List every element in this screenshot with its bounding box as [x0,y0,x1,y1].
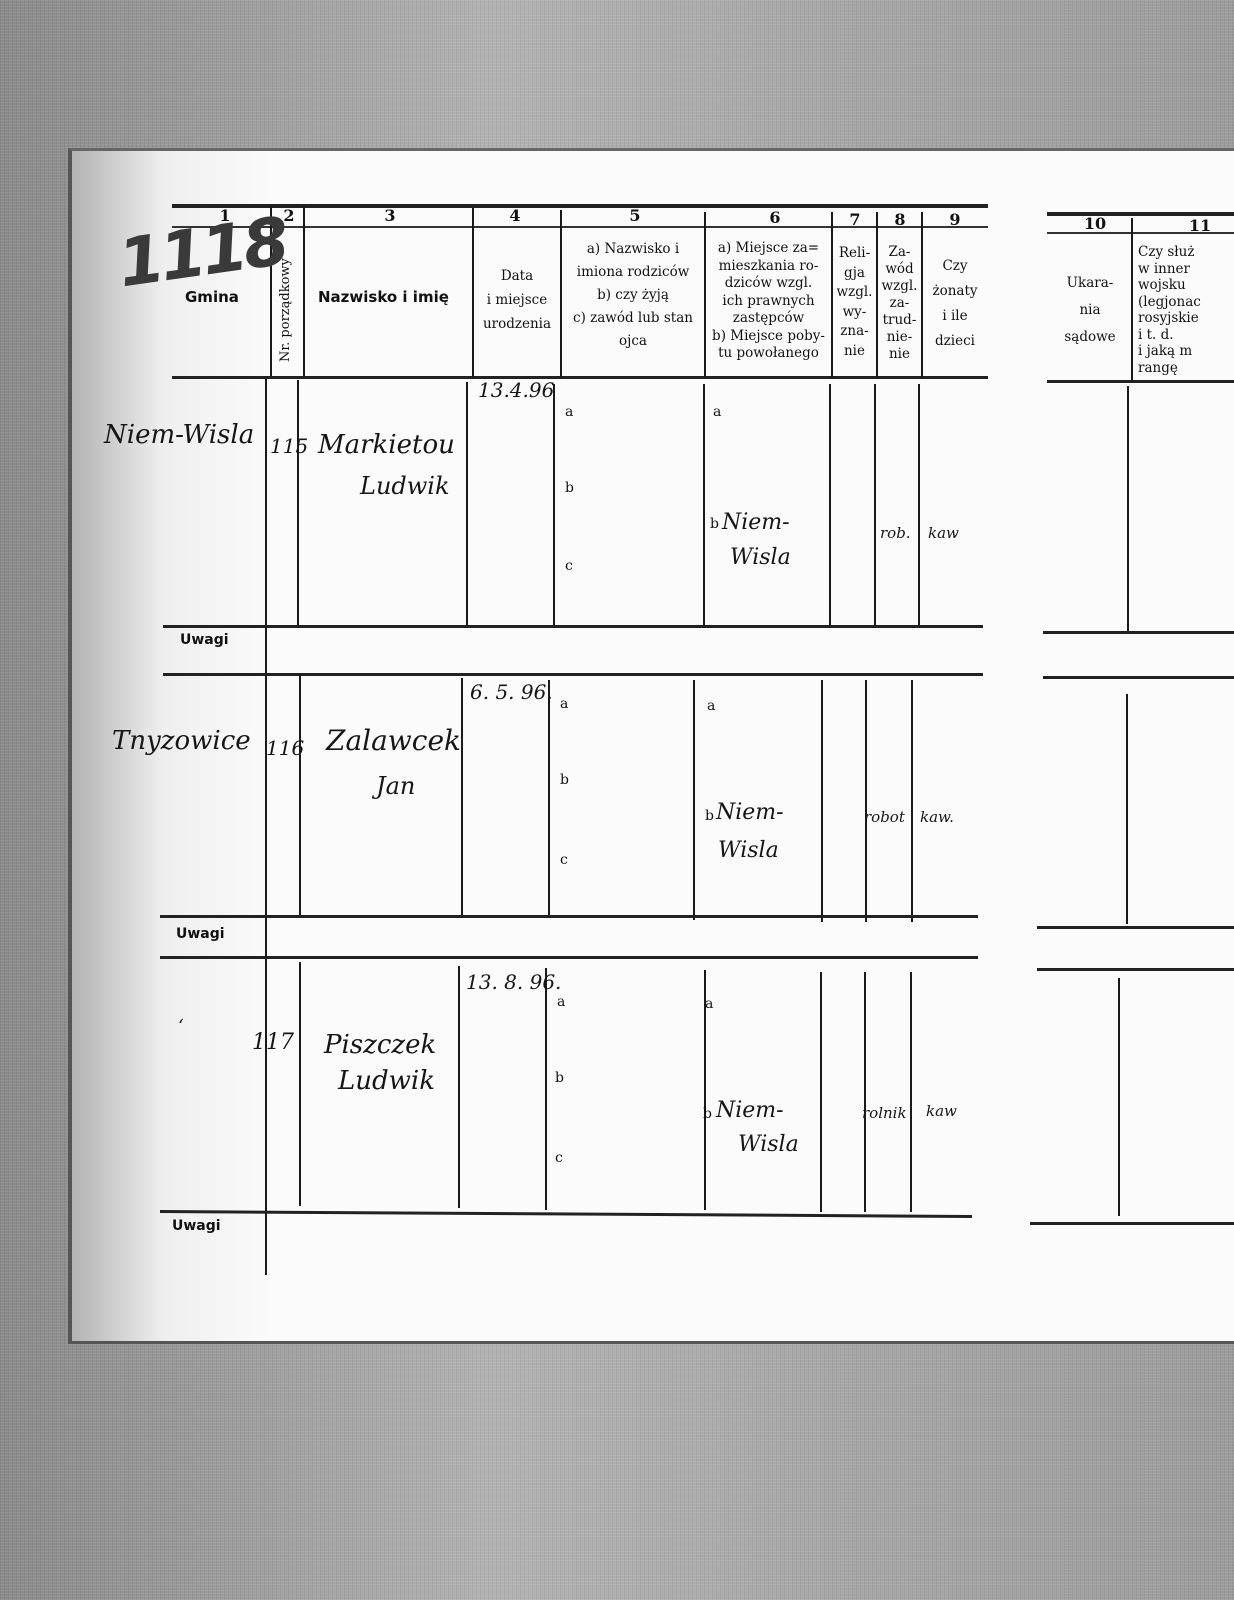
header-miejsce-zamieszkania: a) Miejsce za= mieszkania ro- dziców wzg… [706,240,831,363]
row-divider [458,966,460,1208]
row-divider [829,384,831,628]
row-divider [1118,978,1120,1216]
first-name-value: Ludwik [360,472,450,500]
residence-b-value-line2: Wisla [730,545,791,570]
row-divider [874,384,876,628]
remarks-label-2: Uwagi [176,926,225,942]
birth-date-value: 13. 8. 96. [466,970,561,994]
surname-value: Zalawcek [326,724,461,757]
birth-date-value: 13.4.96 [478,378,554,402]
married-value: kaw. [920,808,954,826]
residence-b-value-line1: Niem- [716,1098,784,1123]
column-number-3: 3 [375,206,405,225]
row-divider [545,968,547,1210]
column-number-4: 4 [500,206,530,225]
row2-bottom-rule [160,915,978,918]
row-divider [820,972,822,1212]
remarks1-bottom-rule [163,673,983,676]
nr-value: 115 [270,434,308,458]
parents-b-label: b [560,772,569,788]
parents-c-label: c [565,558,573,574]
header-data-urodzenia: Data i miejsce urodzenia [474,264,560,336]
row-divider [1127,386,1129,632]
parents-a-label: a [557,994,565,1010]
column-number-7: 7 [840,210,870,229]
row1-bottom-rule [163,625,983,628]
column-number-10: 10 [1075,214,1115,233]
row1-bottom-rule-right [1043,631,1234,634]
first-name-value: Jan [376,772,415,800]
residence-b-value-line1: Niem- [716,800,784,825]
occupation-value: rolnik [862,1104,907,1122]
header-bottom-rule [172,376,988,379]
married-value: kaw [926,1102,957,1120]
row-divider [693,680,695,920]
remarks-label-3: Uwagi [172,1218,221,1234]
residence-b-label: b [710,516,719,532]
nr-value: 117 [252,1030,294,1055]
row-divider [910,972,912,1212]
header-religia: Reli- gja wzgl. wy- zna- nie [833,244,876,361]
parents-a-label: a [560,696,568,712]
gmina-value: Niem-Wisla [104,420,254,450]
occupation-value: rob. [880,524,911,542]
row-divider [466,382,468,626]
row2-bottom-rule-right [1037,926,1234,929]
remarks1-bottom-rule-right [1043,676,1234,679]
row-divider [461,678,463,918]
parents-a-label: a [565,404,573,420]
row3-bottom-rule-right [1030,1222,1234,1225]
residence-b-value-line1: Niem- [722,510,790,535]
header-divider [303,206,305,376]
married-value: kaw [928,524,959,542]
row-divider [821,680,823,922]
gmina-value: Tnyzowice [112,726,251,756]
residence-a-label: a [713,404,721,420]
row-divider [865,680,867,922]
row-divider [299,676,301,916]
header-zonaty: Czy żonaty i ile dzieci [923,254,987,354]
residence-b-label: b [705,808,714,824]
gmina-value: ‘ [178,1016,184,1037]
header-bottom-rule-right [1047,380,1234,383]
row-divider [864,972,866,1212]
occupation-value: robot [864,808,905,826]
row-divider [918,384,920,628]
birth-date-value: 6. 5. 96. [470,680,553,704]
row-divider [548,680,550,918]
residence-a-label: a [707,698,715,714]
residence-b-value-line2: Wisla [738,1132,799,1157]
header-rodzice: a) Nazwisko i imiona rodziców b) czy żyj… [562,238,704,353]
residence-b-value-line2: Wisla [718,838,779,863]
surname-value: Markietou [318,430,455,460]
remarks2-bottom-rule [160,956,978,959]
row-divider [299,962,301,1206]
header-zawod: Za- wód wzgl. za- trud- nie- nie [878,244,921,363]
row-divider [297,380,299,625]
residence-b-label: b [703,1106,712,1122]
header-ukarania: Ukara- nia sądowe [1050,270,1130,351]
parents-b-label: b [555,1070,564,1086]
nr-value: 116 [266,736,304,760]
parents-b-label: b [565,480,574,496]
column-number-5: 5 [620,206,650,225]
column-number-8: 8 [885,210,915,229]
row-divider [911,680,913,922]
first-name-value: Ludwik [338,1066,435,1096]
row-divider [1126,694,1128,924]
column-number-9: 9 [940,210,970,229]
header-sluzba-wojskowa: Czy służ w inner wojsku (legjonac rosyjs… [1134,244,1234,376]
row-divider [703,384,705,626]
left-margin-rule [265,378,267,1275]
column-number-6: 6 [760,208,790,227]
parents-c-label: c [560,852,568,868]
residence-a-label: a [705,996,713,1012]
header-nazwisko-imie: Nazwisko i imię [318,288,449,306]
header-divider [1131,218,1133,380]
row-divider [553,384,555,626]
remarks-label-1: Uwagi [180,632,229,648]
parents-c-label: c [555,1150,563,1166]
surname-value: Piszczek [324,1030,436,1060]
column-number-11: 11 [1180,216,1220,235]
remarks2-bottom-rule-right [1037,968,1234,971]
